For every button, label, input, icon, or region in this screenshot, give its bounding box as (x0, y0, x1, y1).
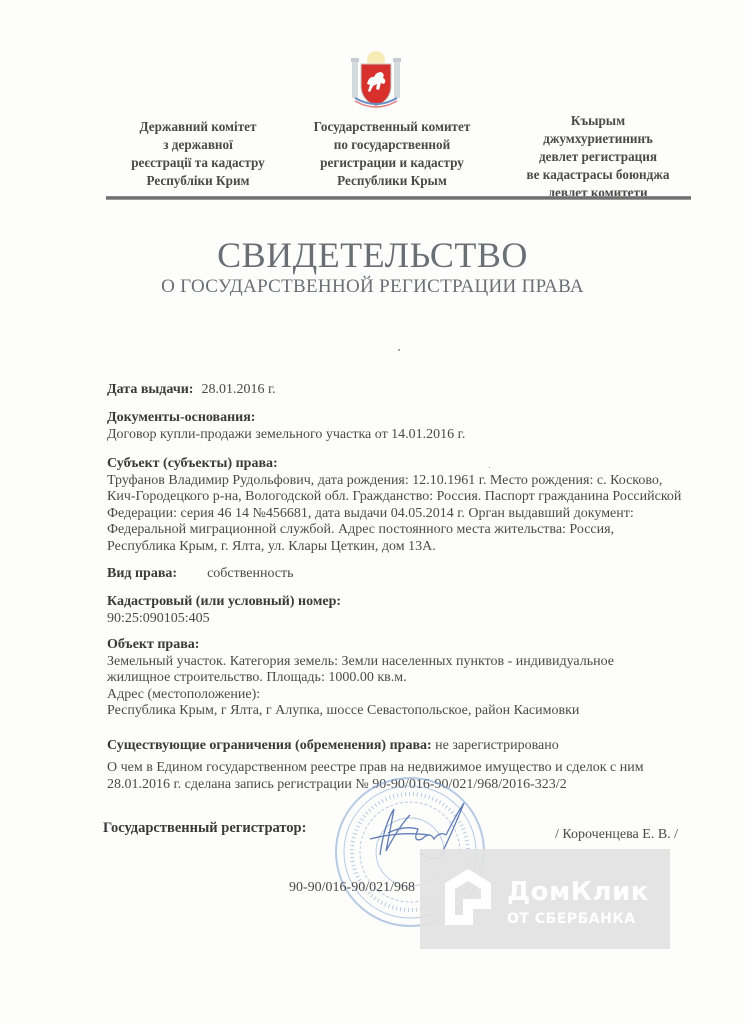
header-line: реєстрації та кадастру (108, 154, 288, 172)
header-line: по государственной (292, 136, 492, 154)
cadastral-number-field: Кадастровый (или условный) номер: 90:25:… (107, 594, 341, 627)
header-line: ве кадастрасы боюнджа (508, 166, 688, 184)
watermark-subtitle: ОТ СБЕРБАНКА (507, 911, 636, 927)
header-line: з державної (108, 136, 288, 154)
header-line: Державний комітет (108, 118, 288, 136)
base-documents-value: Договор купли-продажи земельного участка… (107, 427, 667, 444)
issue-date-field: Дата выдачи:28.01.2016 г. (107, 382, 276, 399)
object-label: Объект права: (107, 637, 677, 654)
header-divider (106, 196, 691, 200)
crimea-coat-of-arms-icon (349, 50, 403, 110)
cadastral-number-value: 90:25:090105:405 (107, 611, 341, 628)
domclick-logo-icon (443, 867, 493, 927)
base-documents-field: Документы-основания: Договор купли-прода… (107, 410, 667, 443)
subject-label: Субъект (субъекты) права: (107, 456, 682, 473)
header-line: Республики Крым (292, 172, 492, 190)
base-documents-label: Документы-основания: (107, 410, 667, 427)
right-type-value: собственность (207, 566, 293, 581)
header-line: джумхуриетининъ (508, 130, 688, 148)
subject-field: Субъект (субъекты) права: Труфанов Влади… (107, 456, 682, 556)
header-line: Республіки Крим (108, 172, 288, 190)
registrar-label: Государственный регистратор: (103, 820, 306, 837)
registration-number: 90-90/016-90/021/968 (289, 880, 415, 896)
object-value: Земельный участок. Категория земель: Зем… (107, 654, 677, 687)
issue-date-label: Дата выдачи: (107, 382, 193, 397)
registrar-name: / Короченцева Е. В. / (555, 827, 678, 843)
encumbrances-field: Существующие ограничения (обременения) п… (107, 738, 697, 755)
subject-value: Труфанов Владимир Рудольфович, дата рожд… (107, 473, 682, 556)
encumbrances-label: Существующие ограничения (обременения) п… (107, 738, 432, 753)
domclick-watermark: ДомКлик ОТ СБЕРБАНКА (420, 849, 670, 949)
encumbrances-value: не зарегистрировано (435, 738, 559, 753)
header-line: Государственный комитет (292, 118, 492, 136)
header-russian: Государственный комитет по государственн… (292, 118, 492, 190)
header-crimean-tatar: Къырым джумхуриетининъ девлет регистраци… (508, 112, 688, 202)
scan-speck (398, 349, 400, 351)
watermark-title: ДомКлик (507, 877, 649, 907)
header-line: регистрации и кадастру (292, 154, 492, 172)
header-line: Къырым (508, 112, 688, 130)
header-ukrainian: Державний комітет з державної реєстрації… (108, 118, 288, 190)
header-line: девлет регистрация (508, 148, 688, 166)
right-type-label: Вид права: (107, 566, 177, 581)
object-address-label: Адрес (местоположение): (107, 687, 677, 704)
cadastral-number-label: Кадастровый (или условный) номер: (107, 594, 341, 611)
right-type-field: Вид права:собственность (107, 566, 294, 583)
object-address-value: Республика Крым, г Ялта, г Алупка, шоссе… (107, 703, 677, 720)
issue-date-value: 28.01.2016 г. (201, 382, 275, 397)
document-title: СВИДЕТЕЛЬСТВО (0, 234, 745, 276)
object-field: Объект права: Земельный участок. Категор… (107, 637, 677, 720)
document-subtitle: О ГОСУДАРСТВЕННОЙ РЕГИСТРАЦИИ ПРАВА (0, 276, 745, 298)
